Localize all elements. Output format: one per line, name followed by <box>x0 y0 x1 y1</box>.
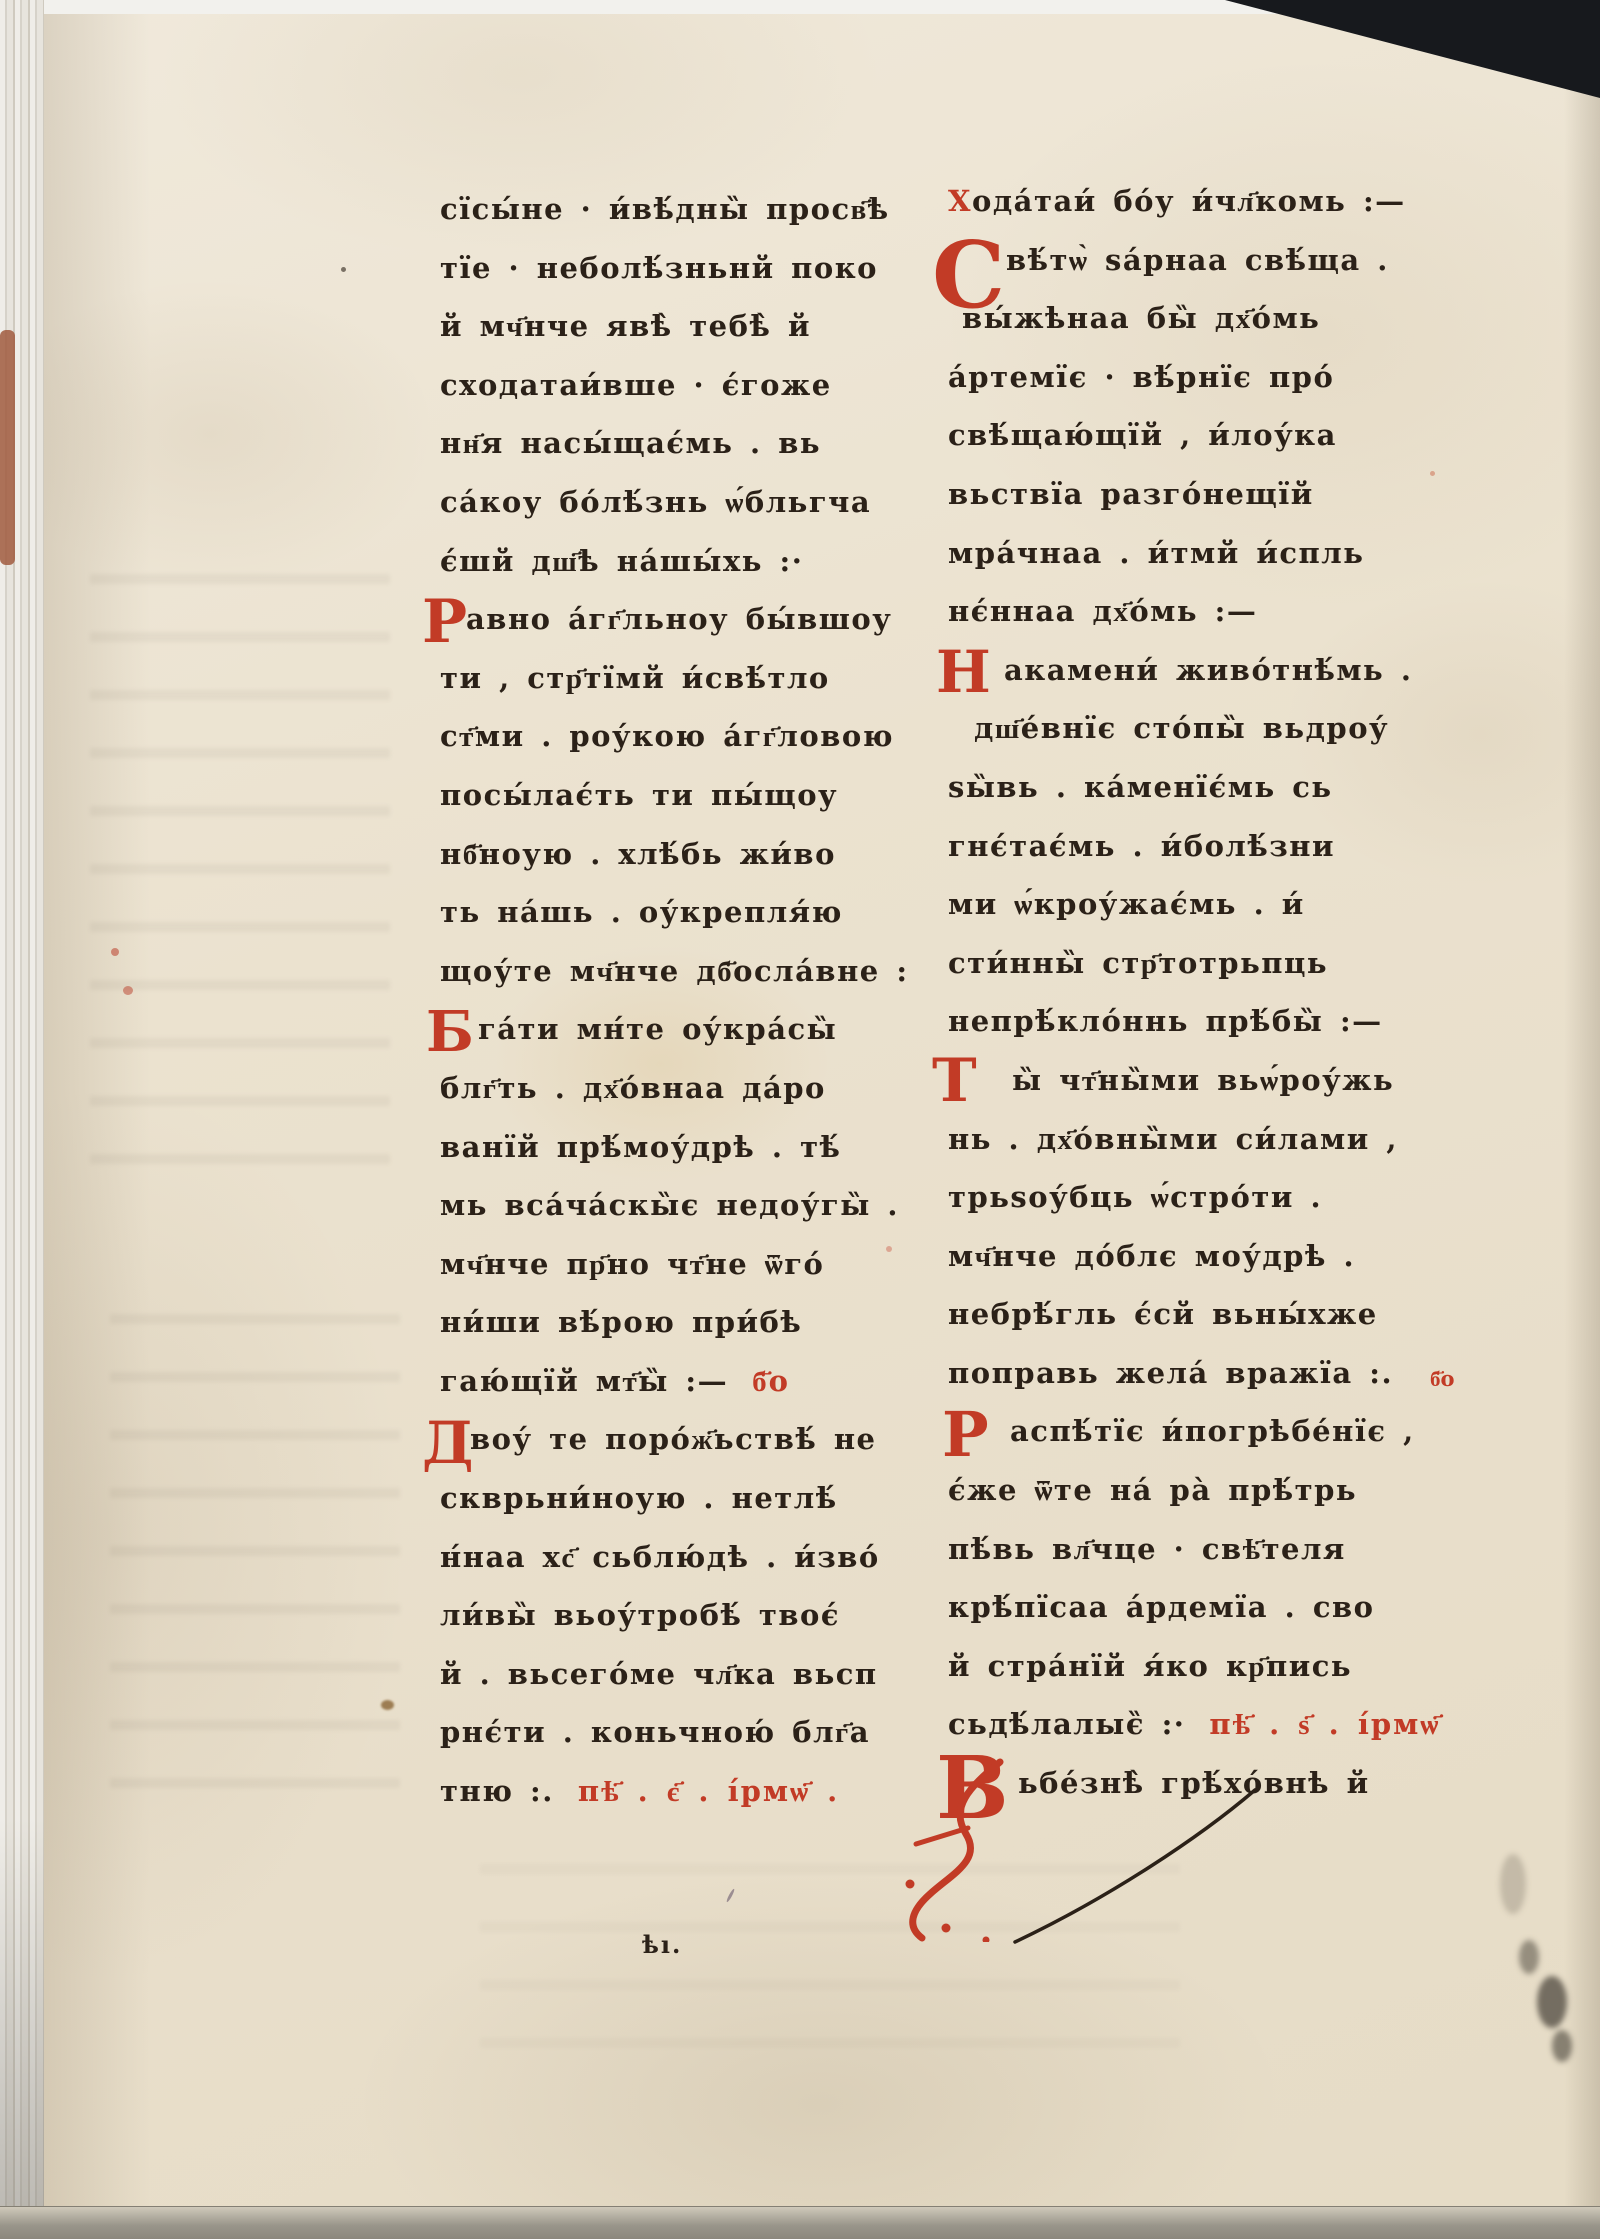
text-line: блг҃ть . дх҃о́внаа да́ро <box>440 1059 915 1118</box>
text-line: гаю́щїй мт҃ы̏ :—б҃о <box>440 1352 915 1411</box>
text-line: са́коу бо́лѣ́знь ѡ́бльгча <box>440 473 915 532</box>
text-line: небрѣ́гль є́сй вьны́хже <box>948 1285 1448 1344</box>
text-line: крѣ́пїсаа а́рдемїа . сво <box>948 1578 1448 1637</box>
text-line: пѣ́вь вл҃чце · свѣ҃теля <box>948 1520 1448 1579</box>
line-text: ѕы̏вь . ка́менїє́мь сь <box>948 770 1333 804</box>
rubricated-initial: Н <box>936 643 992 701</box>
text-line: нь . дх҃о́вны̏ми си́лами , <box>948 1110 1448 1169</box>
spine-edge-paint <box>0 330 15 565</box>
verso-showthrough <box>110 1314 400 1814</box>
text-line: ѕы̏вь . ка́менїє́мь сь <box>948 758 1448 817</box>
line-text: са́коу бо́лѣ́знь ѡ́бльгча <box>440 485 871 519</box>
line-text: непрѣ́кло́ннь прѣ́бы̏ :— <box>948 1004 1383 1038</box>
quire-signature: ѣı. <box>642 1930 682 1959</box>
text-line: ти , стр҃тїмй и́свѣ́тло <box>440 649 915 708</box>
rubricated-initial: В <box>936 1746 1010 1832</box>
text-line: Равно а́гг҃льноу бы́вшоу <box>440 590 915 649</box>
text-line: ть на́шь . оу́крепля́ю <box>440 883 915 942</box>
line-text: рнє́ти . коньчною́ блг҃а <box>440 1715 870 1749</box>
line-text: небрѣ́гль є́сй вьны́хже <box>948 1297 1378 1331</box>
text-line: сти́нны̏ стр҃тотрьпць <box>948 934 1448 993</box>
text-line: свѣ́щаю́щїй , и́лоу́ка <box>948 406 1448 465</box>
rubric: б҃о <box>752 1364 790 1398</box>
line-text: вьствїа разго́нещїй <box>948 477 1314 511</box>
text-line: й . вьсего́ме чл҃ка вьсп <box>440 1645 915 1704</box>
line-text: а́ртемїє · вѣ́рнїє про́ <box>948 360 1334 394</box>
line-text: воу́ те поро́ж҃ьствѣ́ не <box>470 1422 877 1456</box>
text-line: й стра́нїй я́ко кр҃пись <box>948 1637 1448 1696</box>
ink-dot <box>341 267 346 272</box>
line-text: ли́вы̏ вьоу́тробѣ́ твоє́ <box>440 1598 840 1632</box>
text-line: скврьни́ноую . нетлѣ́ <box>440 1469 915 1528</box>
line-text: гаю́щїй мт҃ы̏ :— <box>440 1364 728 1398</box>
text-line: Накамени́ живо́тнѣ́мь . <box>948 641 1448 700</box>
text-line: посы́лає́ть ти пы́щоу <box>440 766 915 825</box>
rubricated-initial: Х <box>948 184 972 218</box>
text-line: мч҃нче пр҃но чт҃не ѿго́ <box>440 1235 915 1294</box>
text-line: мь вса́ча́скы̏є недоу́гы̏ . <box>440 1176 915 1235</box>
line-text: є́же ѿте на́ ра̀ прѣ́трь <box>948 1473 1357 1507</box>
text-line: Свѣ́тѡ̀ ѕа́рнаа свѣ́ща . <box>948 231 1448 290</box>
line-text: нє́ннаа дх҃о́мь :— <box>948 594 1257 628</box>
line-text: блг҃ть . дх҃о́внаа да́ро <box>440 1071 826 1105</box>
line-text: га́ти мн́те оу́кра́сы̏ <box>478 1012 837 1046</box>
line-text: ьбе́знѣ̀ грѣ́хо́внѣ й <box>1018 1766 1370 1800</box>
line-text: акамени́ живо́тнѣ́мь . <box>1004 653 1412 687</box>
text-line: ми ѡ́кроу́жає́мь . и́ <box>948 875 1448 934</box>
text-line: непрѣ́кло́ннь прѣ́бы̏ :— <box>948 992 1448 1051</box>
brown-fleck <box>381 1700 394 1710</box>
rubricated-initial: Р <box>942 1404 990 1466</box>
text-line: Распѣ́тїє и́погрѣбе́нїє , <box>948 1402 1448 1461</box>
line-text: мра́чнаа . и́тмй и́спль <box>948 536 1364 570</box>
text-line: щоу́те мч҃нче дб҃осла́вне : <box>440 942 915 1001</box>
text-line: сїсы́не · и́вѣ́дны̏ просв҃ѣ <box>440 180 915 239</box>
line-text: вы́жѣнаа бы̏ дх҃о́мь <box>962 301 1320 335</box>
line-text: ти , стр҃тїмй и́свѣ́тло <box>440 661 830 695</box>
rubric: пѣ҃ . є҃ . і́рмѡ҃ . <box>578 1774 839 1808</box>
parchment-page: сїсы́не · и́вѣ́дны̏ просв҃ѣ тїе · неболѣ… <box>0 14 1600 2214</box>
line-text: гнє́тає́мь . и́болѣ́зни <box>948 829 1335 863</box>
line-text: вѣ́тѡ̀ ѕа́рнаа свѣ́ща . <box>1006 243 1389 277</box>
line-text: є́шй дш҃ѣ на́шы́хь :· <box>440 544 803 578</box>
line-text: ст҃ми . роу́кою а́гг҃ловою <box>440 719 894 753</box>
text-line: ни́ши вѣ́рою при́бѣ <box>440 1293 915 1352</box>
text-line: дш҃е́внїє сто́пы̏ вьдроу́ <box>948 699 1448 758</box>
text-line: гнє́тає́мь . и́болѣ́зни <box>948 817 1448 876</box>
text-line: нє́ннаа дх҃о́мь :— <box>948 582 1448 641</box>
text-line: н́наа хс҃ сьблю́дѣ . и́зво́ <box>440 1528 915 1587</box>
ink-smudge <box>1500 1854 1526 1914</box>
line-text: дш҃е́внїє сто́пы̏ вьдроу́ <box>974 711 1389 745</box>
text-column-left: сїсы́не · и́вѣ́дны̏ просв҃ѣ тїе · неболѣ… <box>440 180 915 1821</box>
margin-theotokion-mark: б҃о <box>1430 1366 1452 1391</box>
line-text: ни́ши вѣ́рою при́бѣ <box>440 1305 802 1339</box>
line-text: мь вса́ча́скы̏є недоу́гы̏ . <box>440 1188 899 1222</box>
text-line: є́же ѿте на́ ра̀ прѣ́трь <box>948 1461 1448 1520</box>
line-text: нн҃я насы́щає́мь . вь <box>440 426 821 460</box>
text-column-right: Хода́таи́ бо́у и́чл҃комь :— Свѣ́тѡ̀ ѕа́р… <box>948 172 1448 1813</box>
line-text: тїе · неболѣ́зньнй поко <box>440 251 878 285</box>
page-stack-shadow <box>0 1819 44 2239</box>
line-text: пѣ́вь вл҃чце · свѣ҃теля <box>948 1532 1346 1566</box>
line-text: сїсы́не · и́вѣ́дны̏ просв҃ѣ <box>440 192 890 226</box>
rubric: пѣ҃ . ѕ҃ . і́рмѡ҃ <box>1209 1707 1440 1741</box>
line-text: н́наа хс҃ сьблю́дѣ . и́зво́ <box>440 1540 880 1574</box>
ink-smudge <box>1537 1976 1567 2028</box>
small-stroke <box>726 1888 736 1903</box>
text-line: нн҃я насы́щає́мь . вь <box>440 414 915 473</box>
line-text: ми ѡ́кроу́жає́мь . и́ <box>948 887 1305 921</box>
text-line: Хода́таи́ бо́у и́чл҃комь :— <box>948 172 1448 231</box>
line-text: мч҃нче до́блє моу́дрѣ . <box>948 1239 1355 1273</box>
line-text: поправь жела́ вражїа :. <box>948 1356 1393 1390</box>
text-line: й мч҃нче явѣ̀ тебѣ̀ й <box>440 297 915 356</box>
page-bottom-edge <box>0 2206 1600 2239</box>
line-text: свѣ́щаю́щїй , и́лоу́ка <box>948 418 1337 452</box>
line-text: посы́лає́ть ти пы́щоу <box>440 778 838 812</box>
rubricated-initial: Д <box>422 1414 475 1472</box>
text-line: а́ртемїє · вѣ́рнїє про́ <box>948 348 1448 407</box>
line-text: нь . дх҃о́вны̏ми си́лами , <box>948 1122 1398 1156</box>
verso-showthrough <box>480 1864 1180 2084</box>
ink-smudge <box>1519 1940 1539 1974</box>
text-line: мч҃нче до́блє моу́дрѣ . <box>948 1227 1448 1286</box>
text-line: нб҃ноую . хлѣ́бь жи́во <box>440 825 915 884</box>
line-text: й мч҃нче явѣ̀ тебѣ̀ й <box>440 309 811 343</box>
line-text: авно а́гг҃льноу бы́вшоу <box>466 602 892 636</box>
text-line: Двоу́ те поро́ж҃ьствѣ́ не <box>440 1410 915 1469</box>
text-line: вы́жѣнаа бы̏ дх҃о́мь <box>948 289 1448 348</box>
text-line: поправь жела́ вражїа :. <box>948 1344 1448 1403</box>
text-line: є́шй дш҃ѣ на́шы́хь :· <box>440 532 915 591</box>
line-text: ть на́шь . оу́крепля́ю <box>440 895 843 929</box>
line-text: щоу́те мч҃нче дб҃осла́вне : <box>440 954 909 988</box>
line-text: скврьни́ноую . нетлѣ́ <box>440 1481 838 1515</box>
text-line: ванїй прѣ́моу́дрѣ . тѣ́ <box>440 1118 915 1177</box>
line-text: тню :. <box>440 1774 554 1808</box>
text-line: рнє́ти . коньчною́ блг҃а <box>440 1703 915 1762</box>
line-text: трьѕоу́бць ѡ́стро́ти . <box>948 1180 1322 1214</box>
text-line: Вьбе́знѣ̀ грѣ́хо́внѣ й <box>948 1754 1448 1813</box>
text-line: вьствїа разго́нещїй <box>948 465 1448 524</box>
text-line: тню :.пѣ҃ . є҃ . і́рмѡ҃ . <box>440 1762 915 1821</box>
line-text: аспѣ́тїє и́погрѣбе́нїє , <box>1010 1414 1415 1448</box>
text-line: Ты̏ чт҃ны̏ми вьѡ́роу́жь <box>948 1051 1448 1110</box>
left-edge-shadow <box>40 14 150 2214</box>
line-text: сьдѣ́лалыє̏ :· <box>948 1707 1185 1741</box>
manuscript-photo: сїсы́не · и́вѣ́дны̏ просв҃ѣ тїе · неболѣ… <box>0 0 1600 2239</box>
line-text: крѣ́пїсаа а́рдемїа . сво <box>948 1590 1374 1624</box>
text-line: трьѕоу́бць ѡ́стро́ти . <box>948 1168 1448 1227</box>
line-text: мч҃нче пр҃но чт҃не ѿго́ <box>440 1247 824 1281</box>
line-text: сходатаи́вше · є́гоже <box>440 368 832 402</box>
line-text: й . вьсего́ме чл҃ка вьсп <box>440 1657 878 1691</box>
rubricated-initial: Б <box>426 1004 475 1060</box>
text-line: сходатаи́вше · є́гоже <box>440 356 915 415</box>
right-edge-shadow <box>1564 14 1600 2214</box>
line-text: сти́нны̏ стр҃тотрьпць <box>948 946 1328 980</box>
text-line: сьдѣ́лалыє̏ :·пѣ҃ . ѕ҃ . і́рмѡ҃ <box>948 1695 1448 1754</box>
text-line: Бга́ти мн́те оу́кра́сы̏ <box>440 1000 915 1059</box>
line-text: нб҃ноую . хлѣ́бь жи́во <box>440 837 836 871</box>
line-text: й стра́нїй я́ко кр҃пись <box>948 1649 1352 1683</box>
rubricated-initial: Р <box>422 592 469 652</box>
text-line: ли́вы̏ вьоу́тробѣ́ твоє́ <box>440 1586 915 1645</box>
text-line: ст҃ми . роу́кою а́гг҃ловою <box>440 707 915 766</box>
line-text: ода́таи́ бо́у и́чл҃комь :— <box>972 184 1406 218</box>
text-line: тїе · неболѣ́зньнй поко <box>440 239 915 298</box>
rubricated-initial: Т <box>932 1051 978 1111</box>
line-text: ванїй прѣ́моу́дрѣ . тѣ́ <box>440 1130 841 1164</box>
line-text: ы̏ чт҃ны̏ми вьѡ́роу́жь <box>1012 1063 1394 1097</box>
text-line: мра́чнаа . и́тмй и́спль <box>948 524 1448 583</box>
